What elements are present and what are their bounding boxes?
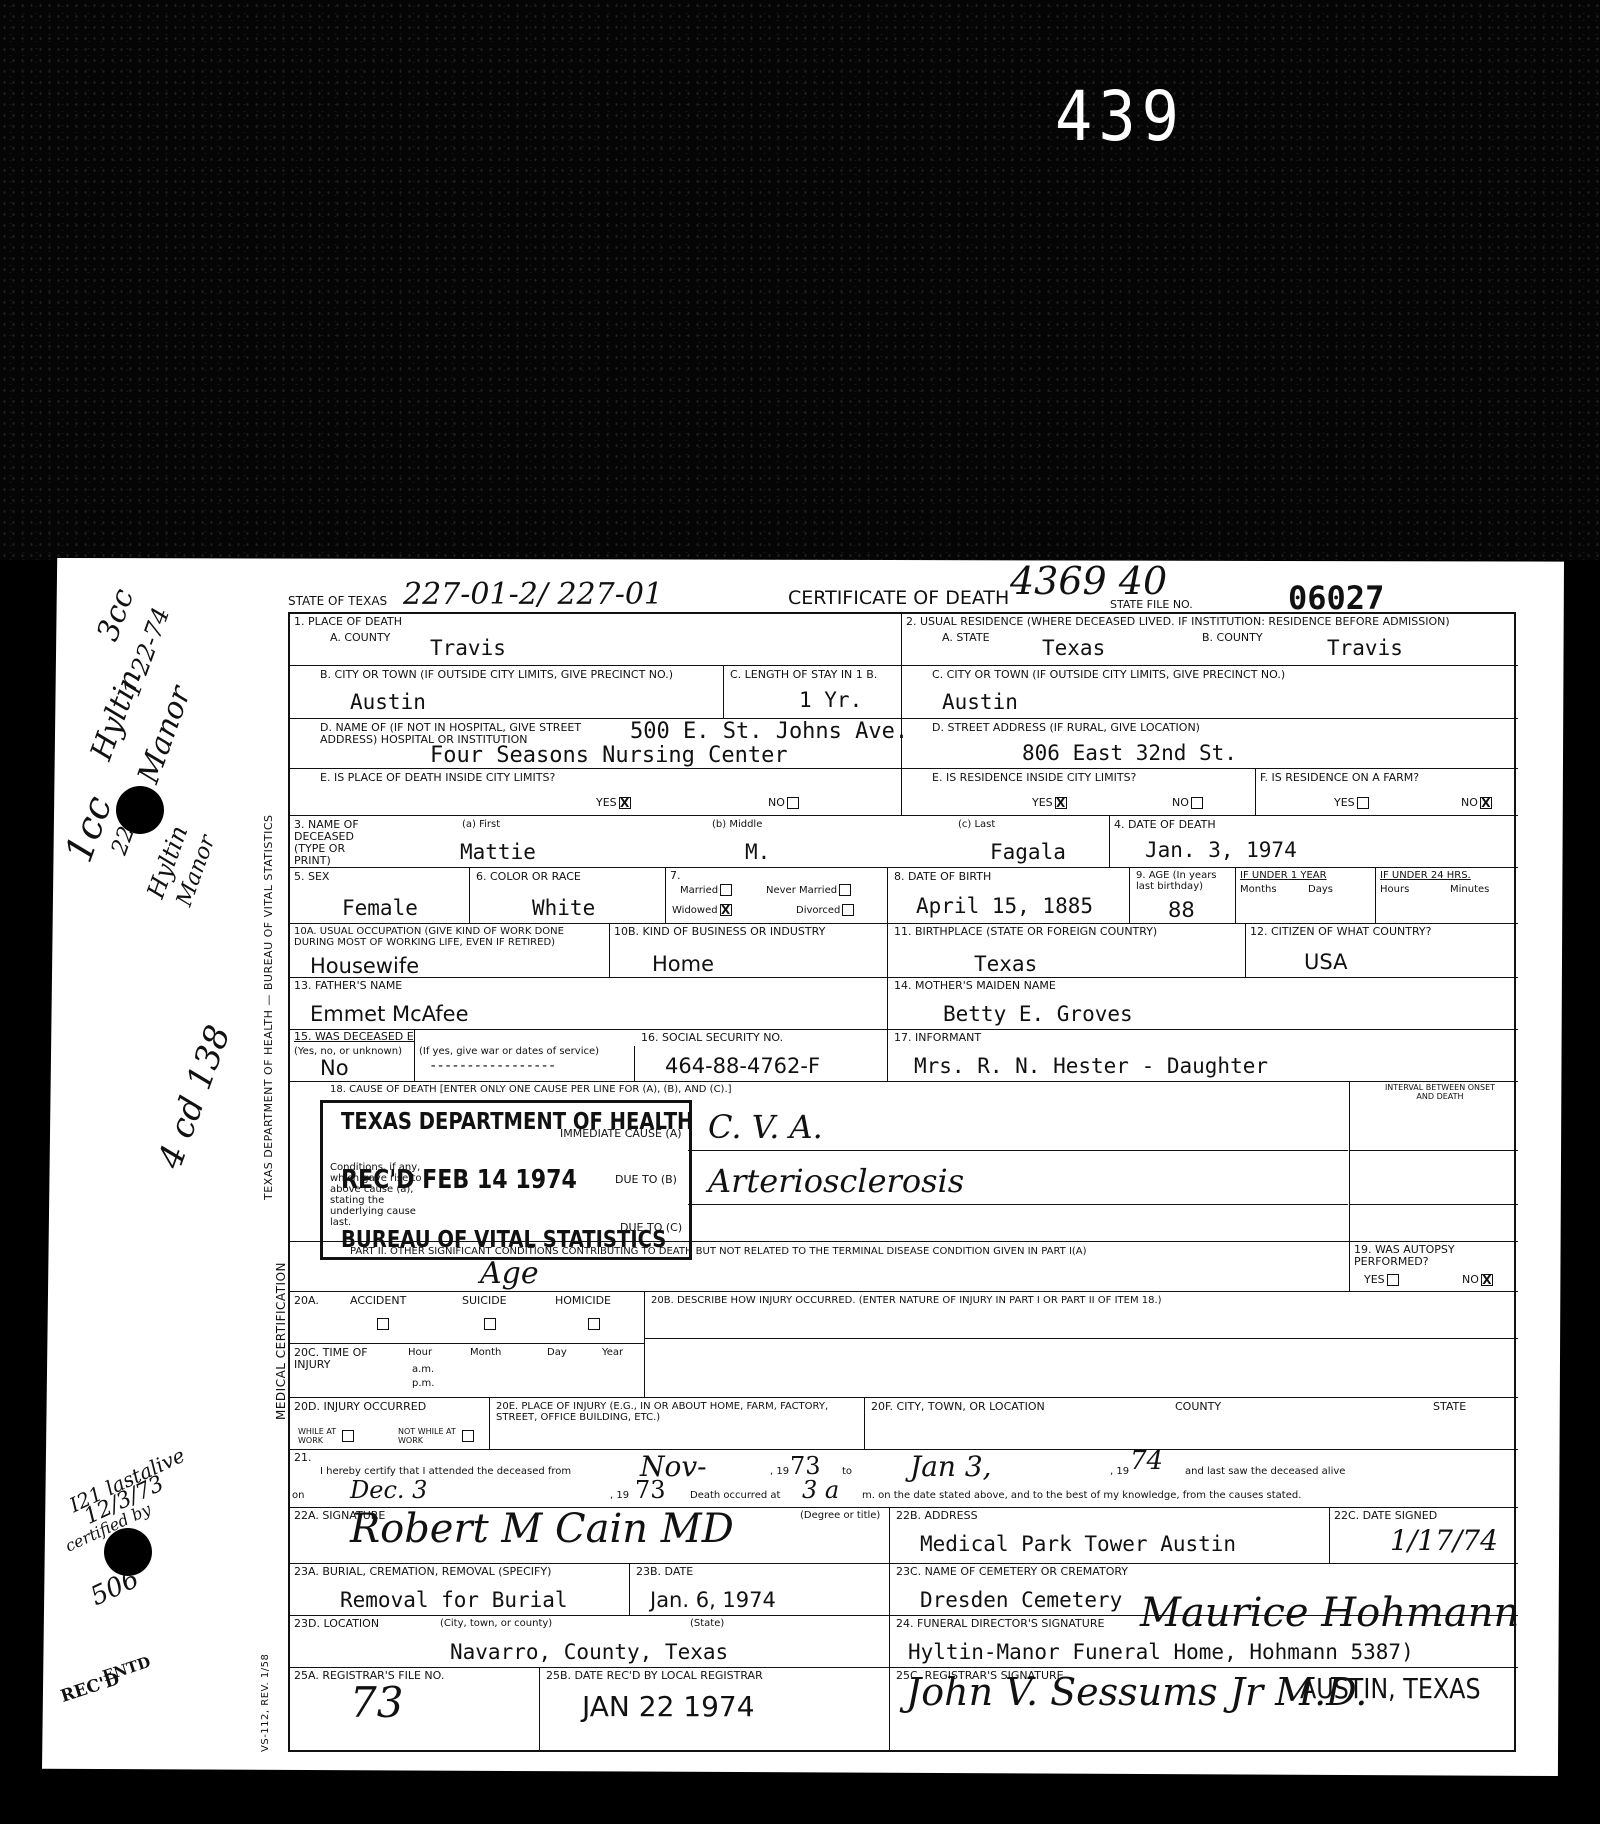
state-code-handwritten: 227-01-2/ 227-01 [403, 577, 663, 612]
checkbox-suicide[interactable] [484, 1318, 496, 1330]
bureau-side-label: TEXAS DEPARTMENT OF HEALTH — BUREAU OF V… [262, 815, 275, 1200]
describe-injury: 20b. DESCRIBE HOW INJURY OCCURRED. (Ente… [645, 1292, 1518, 1398]
last-seen-value: Dec. 3 [350, 1476, 427, 1504]
attended-to-year: 74 [1130, 1450, 1163, 1476]
death-inside-city: e. IS PLACE OF DEATH INSIDE CITY LIMITS?… [290, 769, 902, 816]
father-name: 13. FATHER'S NAME Emmet McAfee [290, 978, 888, 1030]
injury-type: 20a. ACCIDENT SUICIDE HOMICIDE [290, 1292, 645, 1344]
frame-number: 439 [1055, 76, 1185, 156]
file-number-handwritten: 4369 40 [1010, 559, 1167, 603]
checkbox-autopsy-no[interactable]: X [1481, 1274, 1493, 1286]
residence-state-value: Texas [1042, 636, 1105, 660]
film-noise [0, 0, 1600, 560]
time-of-injury: 20c. TIME OF INJURY Hour a.m. p.m. Month… [290, 1344, 645, 1398]
death-county-value: Travis [430, 636, 506, 660]
state-file-label: STATE FILE NO. [1110, 599, 1193, 611]
occupation-value: Housewife [310, 954, 419, 978]
physician-address-value: Medical Park Tower Austin [920, 1532, 1236, 1556]
checkbox-farm-yes[interactable] [1357, 797, 1369, 809]
state-label: STATE OF TEXAS [288, 595, 387, 608]
registrar-signature: 25c. REGISTRAR'S SIGNATURE John V. Sessu… [890, 1668, 1518, 1752]
armed-forces-value: No [320, 1056, 349, 1080]
film-band: 439 [0, 0, 1600, 560]
checkbox-death-inside-yes[interactable]: X [619, 797, 631, 809]
physician-signature: 22a. SIGNATURE (Degree or title) Robert … [290, 1508, 890, 1564]
residence-farm: f. IS RESIDENCE ON A FARM? YES NOX [1256, 769, 1518, 816]
received-stamp: TEXAS DEPARTMENT OF HEALTH REC'D FEB 14 … [320, 1100, 692, 1260]
attended-to-value: Jan 3, [910, 1450, 992, 1483]
checkbox-death-inside-no[interactable] [787, 797, 799, 809]
date-signed: 22c. DATE SIGNED 1/17/74 [1330, 1508, 1518, 1564]
physician-certification: 21. I hereby certify that I attended the… [290, 1450, 1518, 1508]
registrar-file-value: 73 [350, 1678, 403, 1727]
austin-texas-stamp: AUSTIN, TEXAS [1300, 1672, 1481, 1705]
birthplace-value: Texas [974, 952, 1037, 976]
death-city-value: Austin [350, 690, 426, 714]
checkbox-residence-inside-no[interactable] [1191, 797, 1203, 809]
injury-occurred: 20d. INJURY OCCURRED WHILE AT WORK NOT W… [290, 1398, 490, 1450]
last-name-value: Fagala [990, 840, 1066, 864]
armed-forces-yes-no: 15. WAS DECEASED EVER IN U.S. ARMED FORC… [290, 1030, 415, 1082]
physician-address: 22b. ADDRESS Medical Park Tower Austin [890, 1508, 1330, 1564]
checkbox-residence-inside-yes[interactable]: X [1055, 797, 1067, 809]
form-revision-label: VS-112, REV. 1/58 [260, 1654, 271, 1752]
deceased-name: 3. NAME OF DECEASED (Type or print) (a) … [290, 816, 1110, 868]
disposition-date: 23b. DATE Jan. 6, 1974 [630, 1564, 890, 1616]
hospital-name-value: Four Seasons Nursing Center [430, 743, 788, 768]
residence-inside-city: e. IS RESIDENCE INSIDE CITY LIMITS? YESX… [902, 769, 1256, 816]
marital-status: 7. Married Never Married WidowedX Divorc… [666, 868, 888, 924]
usual-occupation: 10a. USUAL OCCUPATION (Give kind of work… [290, 924, 610, 978]
death-time-value: 3 a [802, 1476, 839, 1504]
residence-state-county: 2. USUAL RESIDENCE (Where deceased lived… [902, 614, 1518, 666]
checkbox-not-while-at-work[interactable] [462, 1430, 474, 1442]
certificate-title: CERTIFICATE OF DEATH [788, 588, 1009, 609]
checkbox-never-married[interactable] [839, 884, 851, 896]
part-two-value: Age [480, 1256, 539, 1291]
under-24-hours: IF UNDER 24 HRS. Hours Minutes [1376, 868, 1518, 924]
age: 9. AGE (In years last birthday) 88 [1130, 868, 1236, 924]
disposition-method-value: Removal for Burial [340, 1588, 568, 1612]
citizen-value: USA [1304, 950, 1347, 974]
residence-city: c. CITY OR TOWN (If outside city limits,… [902, 666, 1518, 719]
physician-signature-value: Robert M Cain MD [350, 1506, 734, 1552]
injury-location: 20f. CITY, TOWN, OR LOCATION COUNTY STAT… [865, 1398, 1518, 1450]
stay-value: 1 Yr. [799, 688, 862, 712]
checkbox-while-at-work[interactable] [342, 1430, 354, 1442]
due-to-b-value: Arteriosclerosis [708, 1162, 964, 1200]
race-value: White [532, 896, 595, 920]
date-received-local: 25b. DATE REC'D BY LOCAL REGISTRAR JAN 2… [540, 1668, 890, 1752]
checkbox-homicide[interactable] [588, 1318, 600, 1330]
place-of-death-county: 1. PLACE OF DEATH a. COUNTY Travis [290, 614, 902, 666]
disposition-location: 23d. LOCATION (City, town, or county) (S… [290, 1616, 890, 1668]
race: 6. COLOR OR RACE White [470, 868, 666, 924]
kind-of-business: 10b. KIND OF BUSINESS OR INDUSTRY Home [610, 924, 888, 978]
under-one-year: IF UNDER 1 YEAR Months Days [1236, 868, 1376, 924]
hospital-address-value: 500 E. St. Johns Ave. [630, 719, 908, 744]
disposition-method: 23a. BURIAL, CREMATION, REMOVAL (Specify… [290, 1564, 630, 1616]
checkbox-farm-no[interactable]: X [1480, 797, 1492, 809]
middle-name-value: M. [745, 840, 770, 864]
cemetery-value: Dresden Cemetery [920, 1588, 1122, 1612]
citizenship: 12. CITIZEN OF WHAT COUNTRY? USA [1246, 924, 1518, 978]
last-seen-year: 73 [635, 1476, 666, 1504]
registrar-file-number: 25a. REGISTRAR'S FILE NO. 73 [290, 1668, 540, 1752]
hospital-institution: d. NAME OF (If not in hospital, give str… [290, 719, 902, 769]
date-received-value: JAN 22 1974 [582, 1690, 755, 1723]
sex: 5. SEX Female [290, 868, 470, 924]
business-value: Home [652, 952, 714, 976]
residence-city-value: Austin [942, 690, 1018, 714]
informant: 17. INFORMANT Mrs. R. N. Hester - Daught… [888, 1030, 1518, 1082]
date-of-death: 4. DATE OF DEATH Jan. 3, 1974 [1110, 816, 1518, 868]
checkbox-divorced[interactable] [842, 904, 854, 916]
ssn-value: 464-88-4762-F [665, 1054, 820, 1078]
immediate-cause-value: C. V. A. [708, 1108, 823, 1146]
death-city: b. CITY OR TOWN (If outside city limits,… [290, 666, 724, 719]
residence-street-value: 806 East 32nd St. [1022, 741, 1237, 765]
punch-hole [104, 1528, 152, 1576]
length-of-stay: c. LENGTH OF STAY in 1 b. 1 Yr. [724, 666, 902, 719]
sex-value: Female [342, 896, 418, 920]
funeral-director-value: Hyltin-Manor Funeral Home, Hohmann 5387) [908, 1640, 1414, 1664]
disposition-date-value: Jan. 6, 1974 [650, 1588, 776, 1612]
interval-onset-death: INTERVAL BETWEEN ONSET AND DEATH [1350, 1082, 1518, 1242]
disposition-location-value: Navarro, County, Texas [450, 1640, 728, 1664]
funeral-director-signature: Maurice Hohmann [1140, 1590, 1519, 1636]
medical-side-label: MEDICAL CERTIFICATION [274, 1262, 288, 1420]
date-of-death-value: Jan. 3, 1974 [1145, 838, 1297, 862]
age-value: 88 [1168, 898, 1195, 922]
first-name-value: Mattie [460, 840, 536, 864]
checkbox-accident[interactable] [377, 1318, 389, 1330]
dob-value: April 15, 1885 [916, 894, 1093, 918]
place-of-injury: 20e. PLACE OF INJURY (e.g., in or about … [490, 1398, 865, 1450]
registrar-signature-value: John V. Sessums Jr M.D. [906, 1670, 1367, 1714]
father-value: Emmet McAfee [310, 1002, 469, 1026]
date-signed-value: 1/17/74 [1390, 1524, 1498, 1557]
checkbox-widowed[interactable]: X [720, 904, 732, 916]
funeral-director: 24. FUNERAL DIRECTOR'S SIGNATURE Maurice… [890, 1616, 1518, 1668]
date-of-birth: 8. DATE OF BIRTH April 15, 1885 [888, 868, 1130, 924]
birthplace: 11. BIRTHPLACE (State or foreign country… [888, 924, 1246, 978]
residence-county-value: Travis [1327, 636, 1403, 660]
autopsy: 19. WAS AUTOPSY PERFORMED? YES NOX [1350, 1242, 1518, 1292]
checkbox-autopsy-yes[interactable] [1387, 1274, 1399, 1286]
checkbox-married[interactable] [720, 884, 732, 896]
informant-value: Mrs. R. N. Hester - Daughter [914, 1054, 1268, 1078]
punch-hole [116, 786, 164, 834]
certificate-header: STATE OF TEXAS 227-01-2/ 227-01 CERTIFIC… [288, 585, 1516, 615]
mother-value: Betty E. Groves [943, 1002, 1133, 1026]
armed-forces-service: (If yes, give war or dates of service) -… [415, 1046, 635, 1082]
residence-street: d. STREET ADDRESS (If rural, give locati… [902, 719, 1518, 769]
mother-maiden-name: 14. MOTHER'S MAIDEN NAME Betty E. Groves [888, 978, 1518, 1030]
social-security-number: 16. SOCIAL SECURITY NO. 464-88-4762-F [635, 1030, 888, 1082]
